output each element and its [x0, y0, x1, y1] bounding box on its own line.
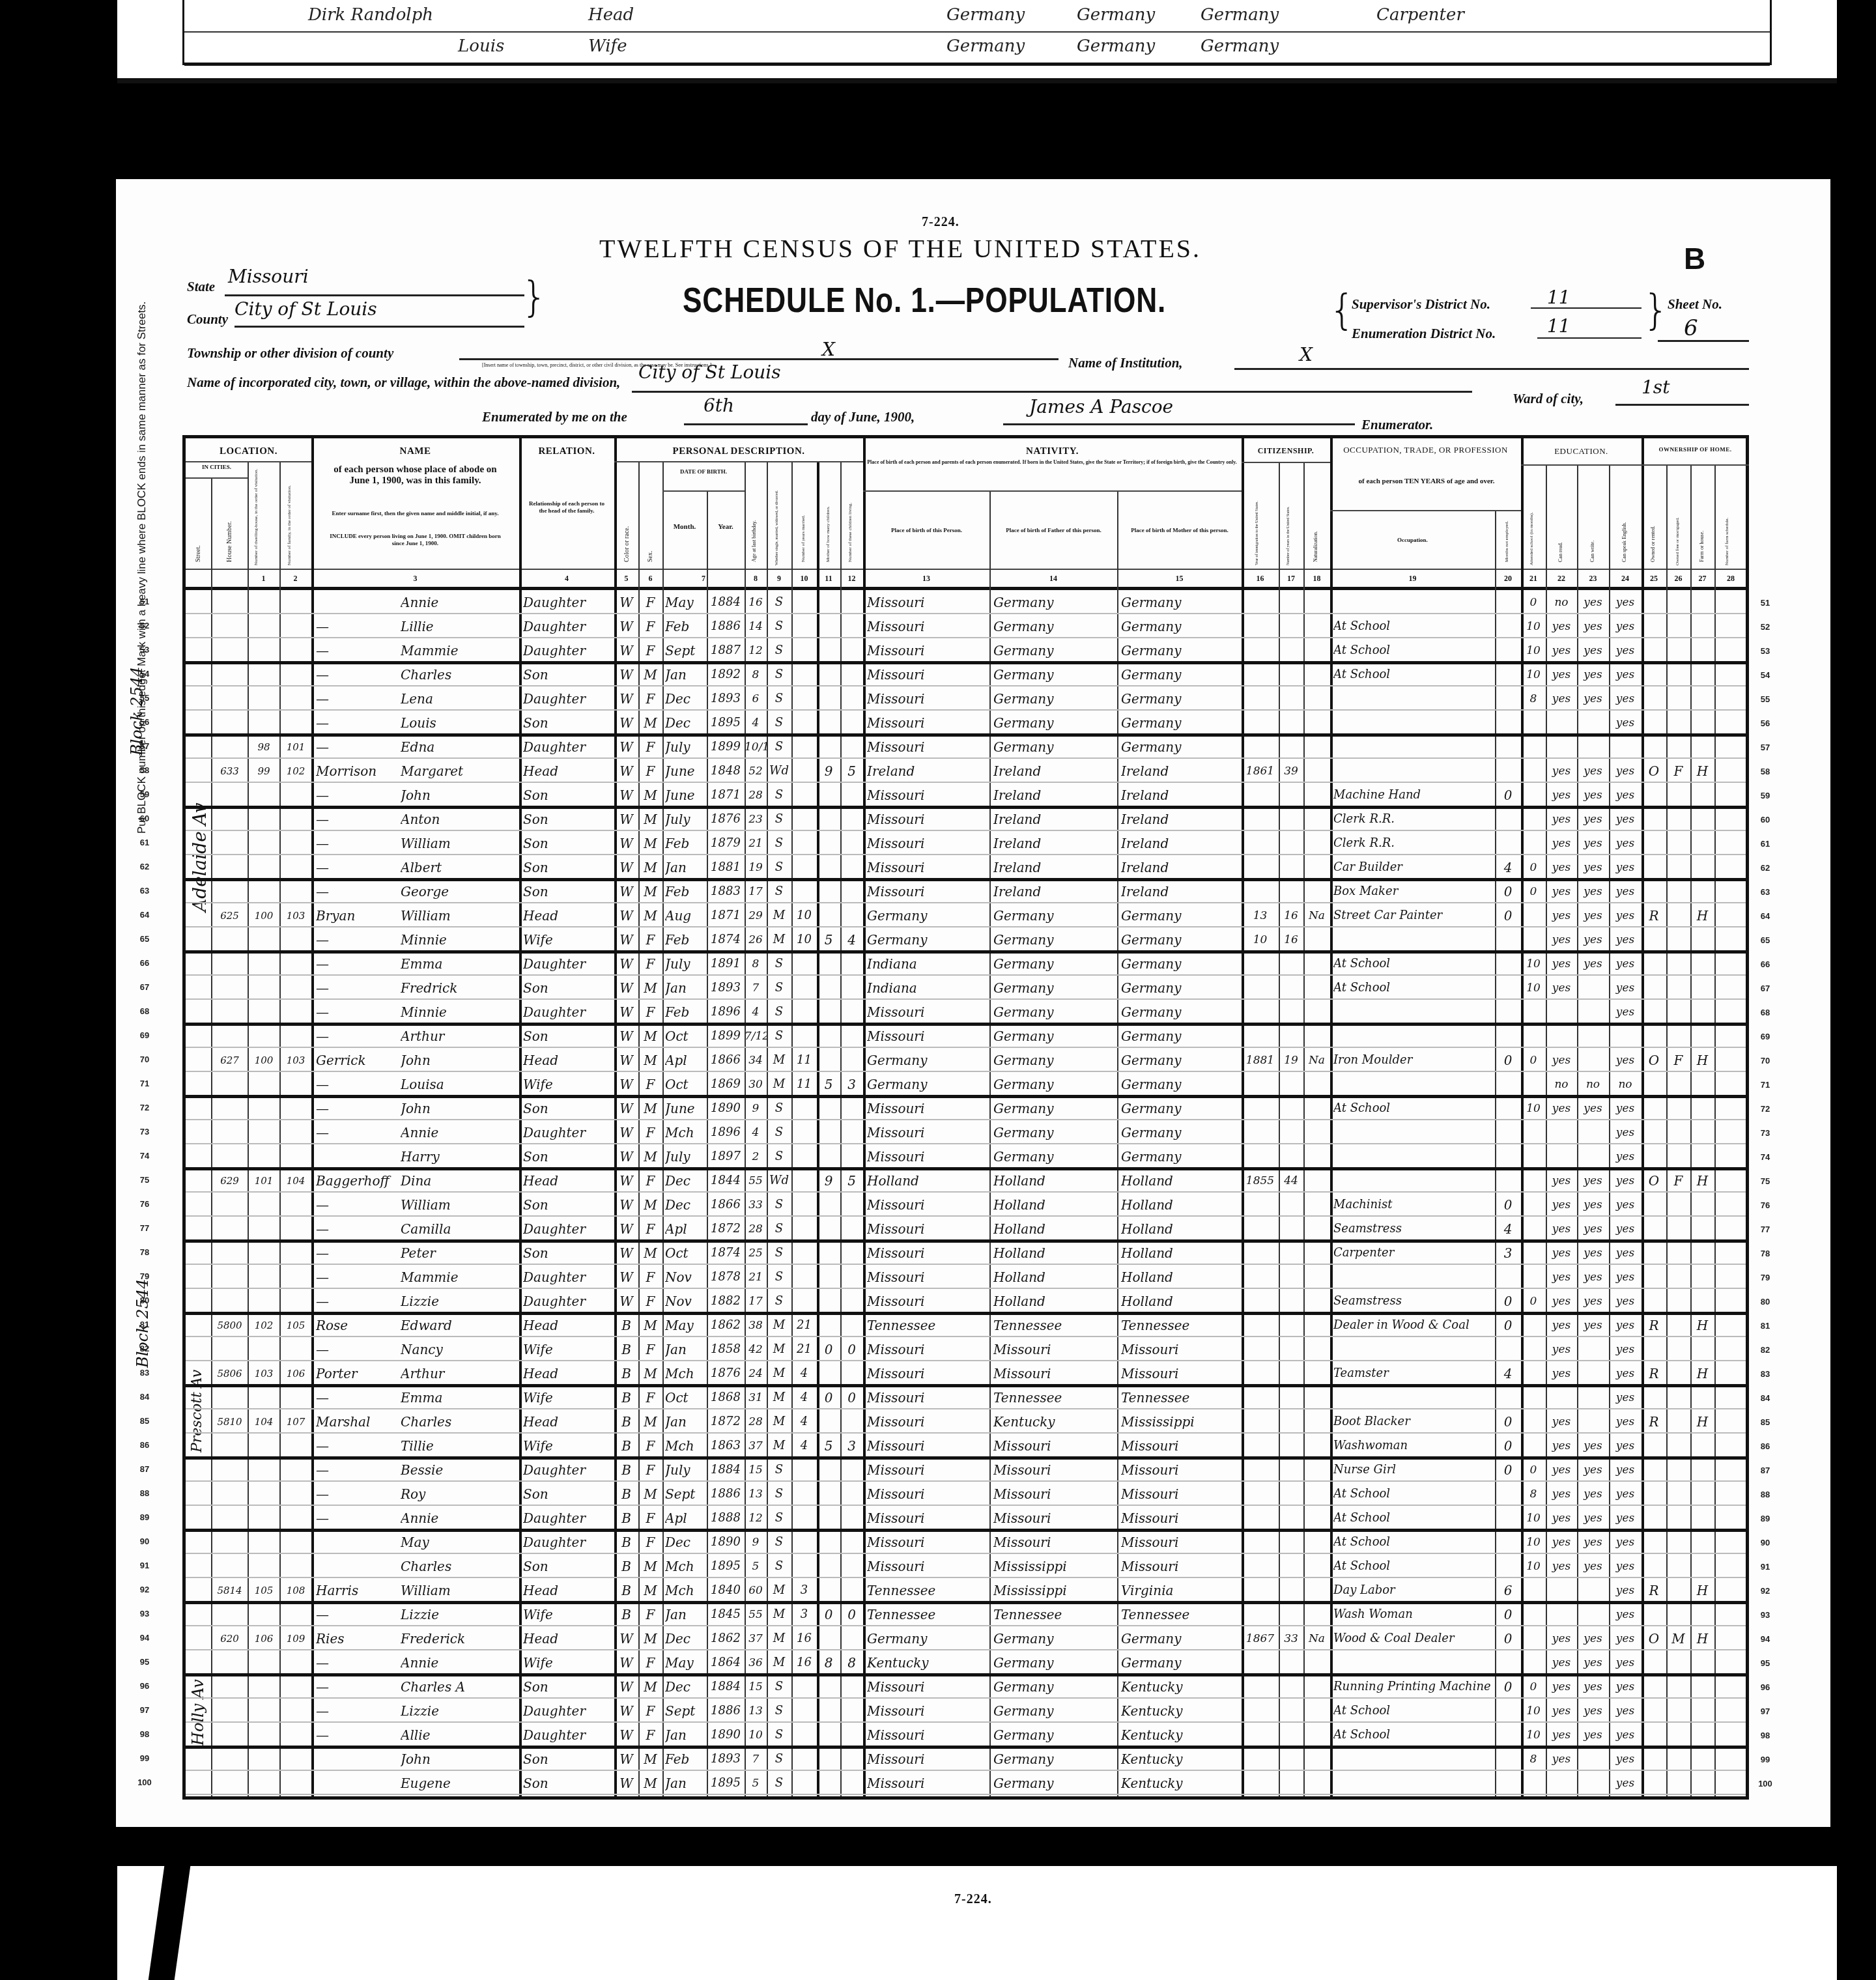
line-number-right: 95: [1755, 1658, 1775, 1668]
line-number-left: 62: [135, 862, 154, 871]
occupation: [1333, 1171, 1495, 1191]
owned-rented: [1641, 1508, 1666, 1528]
line-number-left: 68: [135, 1006, 154, 1016]
years-married: [791, 713, 817, 733]
age: 52: [745, 761, 767, 781]
occupation: [1333, 1123, 1495, 1142]
relation: Head: [523, 1051, 613, 1070]
color: B: [614, 1388, 638, 1407]
next-form-number: 7-224.: [954, 1892, 992, 1907]
mother-birthplace: Mississippi: [1121, 1412, 1242, 1432]
color: W: [614, 1026, 638, 1046]
naturalization: [1303, 1605, 1330, 1624]
months-unemployed: [1495, 713, 1521, 733]
table-row: 59 — John Son W M June 1871 28 S Missour…: [186, 783, 1746, 807]
family-number: [280, 882, 311, 901]
owned-rented: [1641, 593, 1666, 612]
free-mortgaged: [1666, 1484, 1690, 1504]
father-birthplace: Holland: [993, 1243, 1117, 1263]
months-unemployed: [1495, 954, 1521, 974]
marital-status: S: [767, 978, 791, 998]
house-number: [212, 978, 248, 998]
family-number: 107: [280, 1412, 311, 1432]
family-number: [280, 689, 311, 709]
farm-house: [1690, 834, 1714, 853]
line-number-left: 64: [135, 910, 154, 920]
house-number: [212, 858, 248, 877]
can-write: yes: [1577, 785, 1609, 805]
color: W: [614, 1629, 638, 1648]
given-name: Annie: [401, 593, 518, 612]
occupation: At School: [1333, 1533, 1495, 1552]
line-number-right: 53: [1755, 646, 1775, 656]
school-months: 10: [1521, 1701, 1546, 1721]
can-read: yes: [1546, 930, 1577, 950]
table-row: 57 98 101 — Edna Daughter W F July 1899 …: [186, 735, 1746, 759]
house-number: [212, 882, 248, 901]
birthplace: Tennessee: [867, 1316, 989, 1335]
can-read: [1546, 1581, 1577, 1600]
dwelling-number: [248, 665, 279, 685]
table-row: 89 — Annie Daughter B F Apl 1888 12 S Mi…: [186, 1506, 1746, 1530]
occupation: [1333, 737, 1495, 757]
table-row: 77 — Camilla Daughter W F Apl 1872 28 S …: [186, 1217, 1746, 1241]
years-married: [791, 1701, 817, 1721]
marital-status: M: [767, 930, 791, 950]
line-number-left: 72: [135, 1103, 154, 1112]
house-number: [212, 1147, 248, 1167]
mother-birthplace: Germany: [1121, 1629, 1242, 1648]
county-value: City of St Louis: [234, 298, 377, 320]
farm-schedule: [1714, 1340, 1747, 1359]
mother-birthplace: Ireland: [1121, 810, 1242, 829]
owned-rented: [1641, 1701, 1666, 1721]
house-number: [212, 1725, 248, 1745]
family-number: [280, 1002, 311, 1022]
age: 25: [745, 1243, 767, 1263]
can-speak-english: [1609, 1026, 1641, 1046]
children-living: [840, 1749, 863, 1769]
sex: M: [638, 1316, 662, 1335]
owned-rented: [1641, 641, 1666, 660]
mother-of: [817, 954, 840, 974]
birth-month: June: [665, 1099, 707, 1118]
color: W: [614, 810, 638, 829]
marital-status: S: [767, 834, 791, 853]
house-number: [212, 1605, 248, 1624]
family-number: [280, 954, 311, 974]
mother-birthplace: Missouri: [1121, 1436, 1242, 1456]
relation: Wife: [523, 1340, 613, 1359]
color: W: [614, 1002, 638, 1022]
can-write: yes: [1577, 641, 1609, 660]
farm-schedule: [1714, 1316, 1747, 1335]
mother-birthplace: Holland: [1121, 1292, 1242, 1311]
can-speak-english: yes: [1609, 1219, 1641, 1239]
years-married: 4: [791, 1436, 817, 1456]
surname: —: [316, 785, 394, 805]
table-row: 86 — Tillie Wife B F Mch 1863 37 M 4 5 3…: [186, 1434, 1746, 1458]
farm-schedule: [1714, 1677, 1747, 1697]
father-birthplace: Germany: [993, 1051, 1117, 1070]
father-birthplace: Holland: [993, 1219, 1117, 1239]
relation: Son: [523, 1557, 613, 1576]
header-years-married: Number of years married.: [801, 515, 806, 562]
mother-of: [817, 1508, 840, 1528]
naturalization: [1303, 1316, 1330, 1335]
immigration-year: [1242, 882, 1279, 901]
marital-status: S: [767, 1484, 791, 1504]
owned-rented: [1641, 1002, 1666, 1022]
given-name: Frederick: [401, 1629, 518, 1648]
header-occupation-col: Occupation.: [1330, 536, 1495, 544]
birthplace: Kentucky: [867, 1653, 989, 1673]
given-name: William: [401, 834, 518, 853]
surname: —: [316, 882, 394, 901]
dwelling-number: [248, 1340, 279, 1359]
free-mortgaged: F: [1666, 1171, 1690, 1191]
surname: [316, 593, 394, 612]
line-number-right: 85: [1755, 1417, 1775, 1427]
can-write: yes: [1577, 1557, 1609, 1576]
birthplace: Missouri: [867, 1364, 989, 1383]
surname: Rose: [316, 1316, 394, 1335]
father-birthplace: Ireland: [993, 761, 1117, 781]
children-living: 4: [840, 930, 863, 950]
farm-schedule: [1714, 1388, 1747, 1407]
family-number: 103: [280, 1051, 311, 1070]
naturalization: [1303, 1412, 1330, 1432]
children-living: [840, 641, 863, 660]
farm-schedule: [1714, 1774, 1747, 1793]
sex: M: [638, 834, 662, 853]
age: 28: [745, 1219, 767, 1239]
farm-schedule: [1714, 641, 1747, 660]
table-row: 60 — Anton Son W M July 1876 23 S Missou…: [186, 807, 1746, 831]
surname: Harris: [316, 1581, 394, 1600]
dwelling-number: 98: [248, 737, 279, 757]
house-number: [212, 737, 248, 757]
occupation: At School: [1333, 1508, 1495, 1528]
naturalization: [1303, 713, 1330, 733]
dwelling-number: [248, 1749, 279, 1769]
free-mortgaged: [1666, 665, 1690, 685]
birthplace: Missouri: [867, 1243, 989, 1263]
farm-schedule: [1714, 1099, 1747, 1118]
father-birthplace: Germany: [993, 1749, 1117, 1769]
birth-month: Sept: [665, 1701, 707, 1721]
naturalization: [1303, 1653, 1330, 1673]
header-relation-desc: Relationship of each person to the head …: [528, 500, 606, 515]
farm-schedule: [1714, 1605, 1747, 1624]
house-number: [212, 834, 248, 853]
children-living: [840, 689, 863, 709]
naturalization: [1303, 761, 1330, 781]
free-mortgaged: [1666, 1340, 1690, 1359]
free-mortgaged: [1666, 1460, 1690, 1480]
line-number-left: 71: [135, 1079, 154, 1088]
family-number: [280, 1774, 311, 1793]
can-read: yes: [1546, 1629, 1577, 1648]
mother-birthplace: Missouri: [1121, 1508, 1242, 1528]
birth-month: Feb: [665, 617, 707, 636]
owned-rented: [1641, 1484, 1666, 1504]
age: 15: [745, 1677, 767, 1697]
children-living: [840, 1774, 863, 1793]
birth-month: Sept: [665, 641, 707, 660]
father-birthplace: Holland: [993, 1171, 1117, 1191]
immigration-year: [1242, 1099, 1279, 1118]
family-number: [280, 858, 311, 877]
age: 28: [745, 785, 767, 805]
children-living: [840, 737, 863, 757]
birth-month: Feb: [665, 882, 707, 901]
farm-schedule: [1714, 1147, 1747, 1167]
can-read: [1546, 1002, 1577, 1022]
owned-rented: [1641, 1026, 1666, 1046]
family-number: 109: [280, 1629, 311, 1648]
immigration-year: [1242, 1774, 1279, 1793]
can-write: yes: [1577, 1219, 1609, 1239]
children-living: [840, 1123, 863, 1142]
can-write: yes: [1577, 593, 1609, 612]
mother-birthplace: Germany: [1121, 593, 1242, 612]
free-mortgaged: [1666, 1412, 1690, 1432]
dwelling-number: [248, 1292, 279, 1311]
mother-of: [817, 689, 840, 709]
house-number: [212, 1557, 248, 1576]
father-birthplace: Germany: [993, 930, 1117, 950]
marital-status: S: [767, 954, 791, 974]
mother-birthplace: Germany: [1121, 1051, 1242, 1070]
can-write: yes: [1577, 1484, 1609, 1504]
table-row: 99 John Son W M Feb 1893 7 S Missouri Ge…: [186, 1747, 1746, 1771]
school-months: [1521, 785, 1546, 805]
marital-status: S: [767, 641, 791, 660]
months-unemployed: 4: [1495, 1219, 1521, 1239]
occupation: [1333, 713, 1495, 733]
birthplace: Missouri: [867, 1219, 989, 1239]
birthplace: Missouri: [867, 1677, 989, 1697]
naturalization: Na: [1303, 1051, 1330, 1070]
children-living: [840, 1292, 863, 1311]
age: 12: [745, 641, 767, 660]
birth-month: Aug: [665, 906, 707, 926]
sex: M: [638, 1364, 662, 1383]
township-value: X: [822, 339, 835, 360]
years-in-us: 19: [1279, 1051, 1303, 1070]
occupation: Wood & Coal Dealer: [1333, 1629, 1495, 1648]
column-number: 6: [638, 574, 662, 584]
years-in-us: [1279, 1749, 1303, 1769]
free-mortgaged: [1666, 1292, 1690, 1311]
mother-birthplace: Germany: [1121, 713, 1242, 733]
can-speak-english: yes: [1609, 785, 1641, 805]
sex: F: [638, 1002, 662, 1022]
line-number-right: 99: [1755, 1755, 1775, 1764]
can-write: yes: [1577, 882, 1609, 901]
farm-schedule: [1714, 1075, 1747, 1094]
marital-status: M: [767, 1605, 791, 1624]
years-married: 10: [791, 930, 817, 950]
dwelling-number: [248, 1026, 279, 1046]
family-number: [280, 641, 311, 660]
immigration-year: [1242, 1388, 1279, 1407]
house-number: 5800: [212, 1316, 248, 1335]
farm-house: H: [1690, 1171, 1714, 1191]
table-row: 53 — Mammie Daughter W F Sept 1887 12 S …: [186, 638, 1746, 662]
immigration-year: 1855: [1242, 1171, 1279, 1191]
naturalization: [1303, 1701, 1330, 1721]
relation: Son: [523, 1099, 613, 1118]
color: B: [614, 1508, 638, 1528]
mother-birthplace: Germany: [1121, 689, 1242, 709]
schedule-title: SCHEDULE No. 1.—POPULATION.: [683, 280, 1166, 320]
free-mortgaged: [1666, 1195, 1690, 1215]
owned-rented: [1641, 1243, 1666, 1263]
can-read: [1546, 1605, 1577, 1624]
occupation: [1333, 1026, 1495, 1046]
farm-house: [1690, 1002, 1714, 1022]
family-number: [280, 1605, 311, 1624]
children-living: [840, 1099, 863, 1118]
free-mortgaged: [1666, 882, 1690, 901]
family-number: 102: [280, 761, 311, 781]
line-number-right: 88: [1755, 1490, 1775, 1499]
can-read: no: [1546, 593, 1577, 612]
years-married: [791, 1677, 817, 1697]
marital-status: S: [767, 1508, 791, 1528]
months-unemployed: [1495, 1171, 1521, 1191]
can-read: yes: [1546, 858, 1577, 877]
dwelling-number: [248, 1219, 279, 1239]
months-unemployed: [1495, 1749, 1521, 1769]
relation: Daughter: [523, 1460, 613, 1480]
birth-month: Dec: [665, 1629, 707, 1648]
months-unemployed: [1495, 834, 1521, 853]
given-name: Nancy: [401, 1340, 518, 1359]
can-read: yes: [1546, 1508, 1577, 1528]
can-read: yes: [1546, 1243, 1577, 1263]
relation: Head: [523, 1412, 613, 1432]
free-mortgaged: [1666, 906, 1690, 926]
farm-house: [1690, 785, 1714, 805]
children-living: [840, 1484, 863, 1504]
occupation: Wash Woman: [1333, 1605, 1495, 1624]
given-name: Annie: [401, 1123, 518, 1142]
school-months: [1521, 737, 1546, 757]
line-number-right: 89: [1755, 1514, 1775, 1523]
owned-rented: [1641, 1075, 1666, 1094]
given-name: William: [401, 1581, 518, 1600]
line-number-right: 64: [1755, 911, 1775, 921]
mother-birthplace: Kentucky: [1121, 1725, 1242, 1745]
years-married: 11: [791, 1075, 817, 1094]
years-in-us: [1279, 1243, 1303, 1263]
marital-status: S: [767, 1677, 791, 1697]
birth-month: Mch: [665, 1364, 707, 1383]
free-mortgaged: [1666, 593, 1690, 612]
surname: Morrison: [316, 761, 394, 781]
occupation: Street Car Painter: [1333, 906, 1495, 926]
years-married: [791, 1123, 817, 1142]
birthplace: Missouri: [867, 1460, 989, 1480]
dwelling-number: [248, 785, 279, 805]
owned-rented: [1641, 665, 1666, 685]
given-name: May: [401, 1533, 518, 1552]
birthplace: Missouri: [867, 1123, 989, 1142]
table-row: 56 — Louis Son W M Dec 1895 4 S Missouri…: [186, 711, 1746, 735]
birth-year: 1888: [707, 1508, 745, 1528]
can-write: yes: [1577, 834, 1609, 853]
marital-status: S: [767, 1533, 791, 1552]
farm-house: H: [1690, 1364, 1714, 1383]
birth-month: Feb: [665, 930, 707, 950]
months-unemployed: [1495, 665, 1521, 685]
farm-house: [1690, 1292, 1714, 1311]
school-months: [1521, 1436, 1546, 1456]
immigration-year: [1242, 785, 1279, 805]
mother-birthplace: Germany: [1121, 906, 1242, 926]
can-read: yes: [1546, 978, 1577, 998]
marital-status: S: [767, 785, 791, 805]
column-number: 13: [863, 574, 989, 584]
months-unemployed: 6: [1495, 1581, 1521, 1600]
occupation: [1333, 593, 1495, 612]
header-citizenship: CITIZENSHIP.: [1242, 446, 1330, 456]
table-body: 51 Annie Daughter W F May 1884 16 S Miss…: [186, 590, 1746, 1796]
owned-rented: [1641, 1219, 1666, 1239]
birth-month: Feb: [665, 834, 707, 853]
months-unemployed: [1495, 1557, 1521, 1576]
farm-house: [1690, 954, 1714, 974]
surname: —: [316, 1508, 394, 1528]
mother-of: [817, 1364, 840, 1383]
line-number-right: 81: [1755, 1321, 1775, 1331]
school-months: 10: [1521, 1099, 1546, 1118]
birthplace: Missouri: [867, 1701, 989, 1721]
birth-month: Oct: [665, 1026, 707, 1046]
immigration-year: [1242, 593, 1279, 612]
column-number: 1: [248, 574, 279, 584]
house-number: [212, 713, 248, 733]
years-in-us: [1279, 641, 1303, 660]
father-birthplace: Tennessee: [993, 1316, 1117, 1335]
table-row: 68 — Minnie Daughter W F Feb 1896 4 S Mi…: [186, 1000, 1746, 1024]
can-write: [1577, 1002, 1609, 1022]
header-location: LOCATION.: [186, 446, 311, 457]
farm-schedule: [1714, 810, 1747, 829]
father-birthplace: Germany: [993, 1075, 1117, 1094]
farm-house: [1690, 1147, 1714, 1167]
children-living: [840, 1316, 863, 1335]
relation: Son: [523, 1484, 613, 1504]
children-living: 5: [840, 1171, 863, 1191]
birthplace: Missouri: [867, 785, 989, 805]
free-mortgaged: [1666, 1147, 1690, 1167]
can-speak-english: yes: [1609, 1171, 1641, 1191]
house-number: [212, 641, 248, 660]
farm-house: [1690, 1605, 1714, 1624]
given-name: Mammie: [401, 1267, 518, 1287]
age: 8: [745, 954, 767, 974]
months-unemployed: [1495, 930, 1521, 950]
table-row: 83 5806 103 106 Porter Arthur Head B M M…: [186, 1361, 1746, 1385]
given-name: John: [401, 1099, 518, 1118]
dwelling-number: 99: [248, 761, 279, 781]
marital-status: M: [767, 1364, 791, 1383]
header-owned-rented: Owned or rented.: [1650, 526, 1656, 562]
